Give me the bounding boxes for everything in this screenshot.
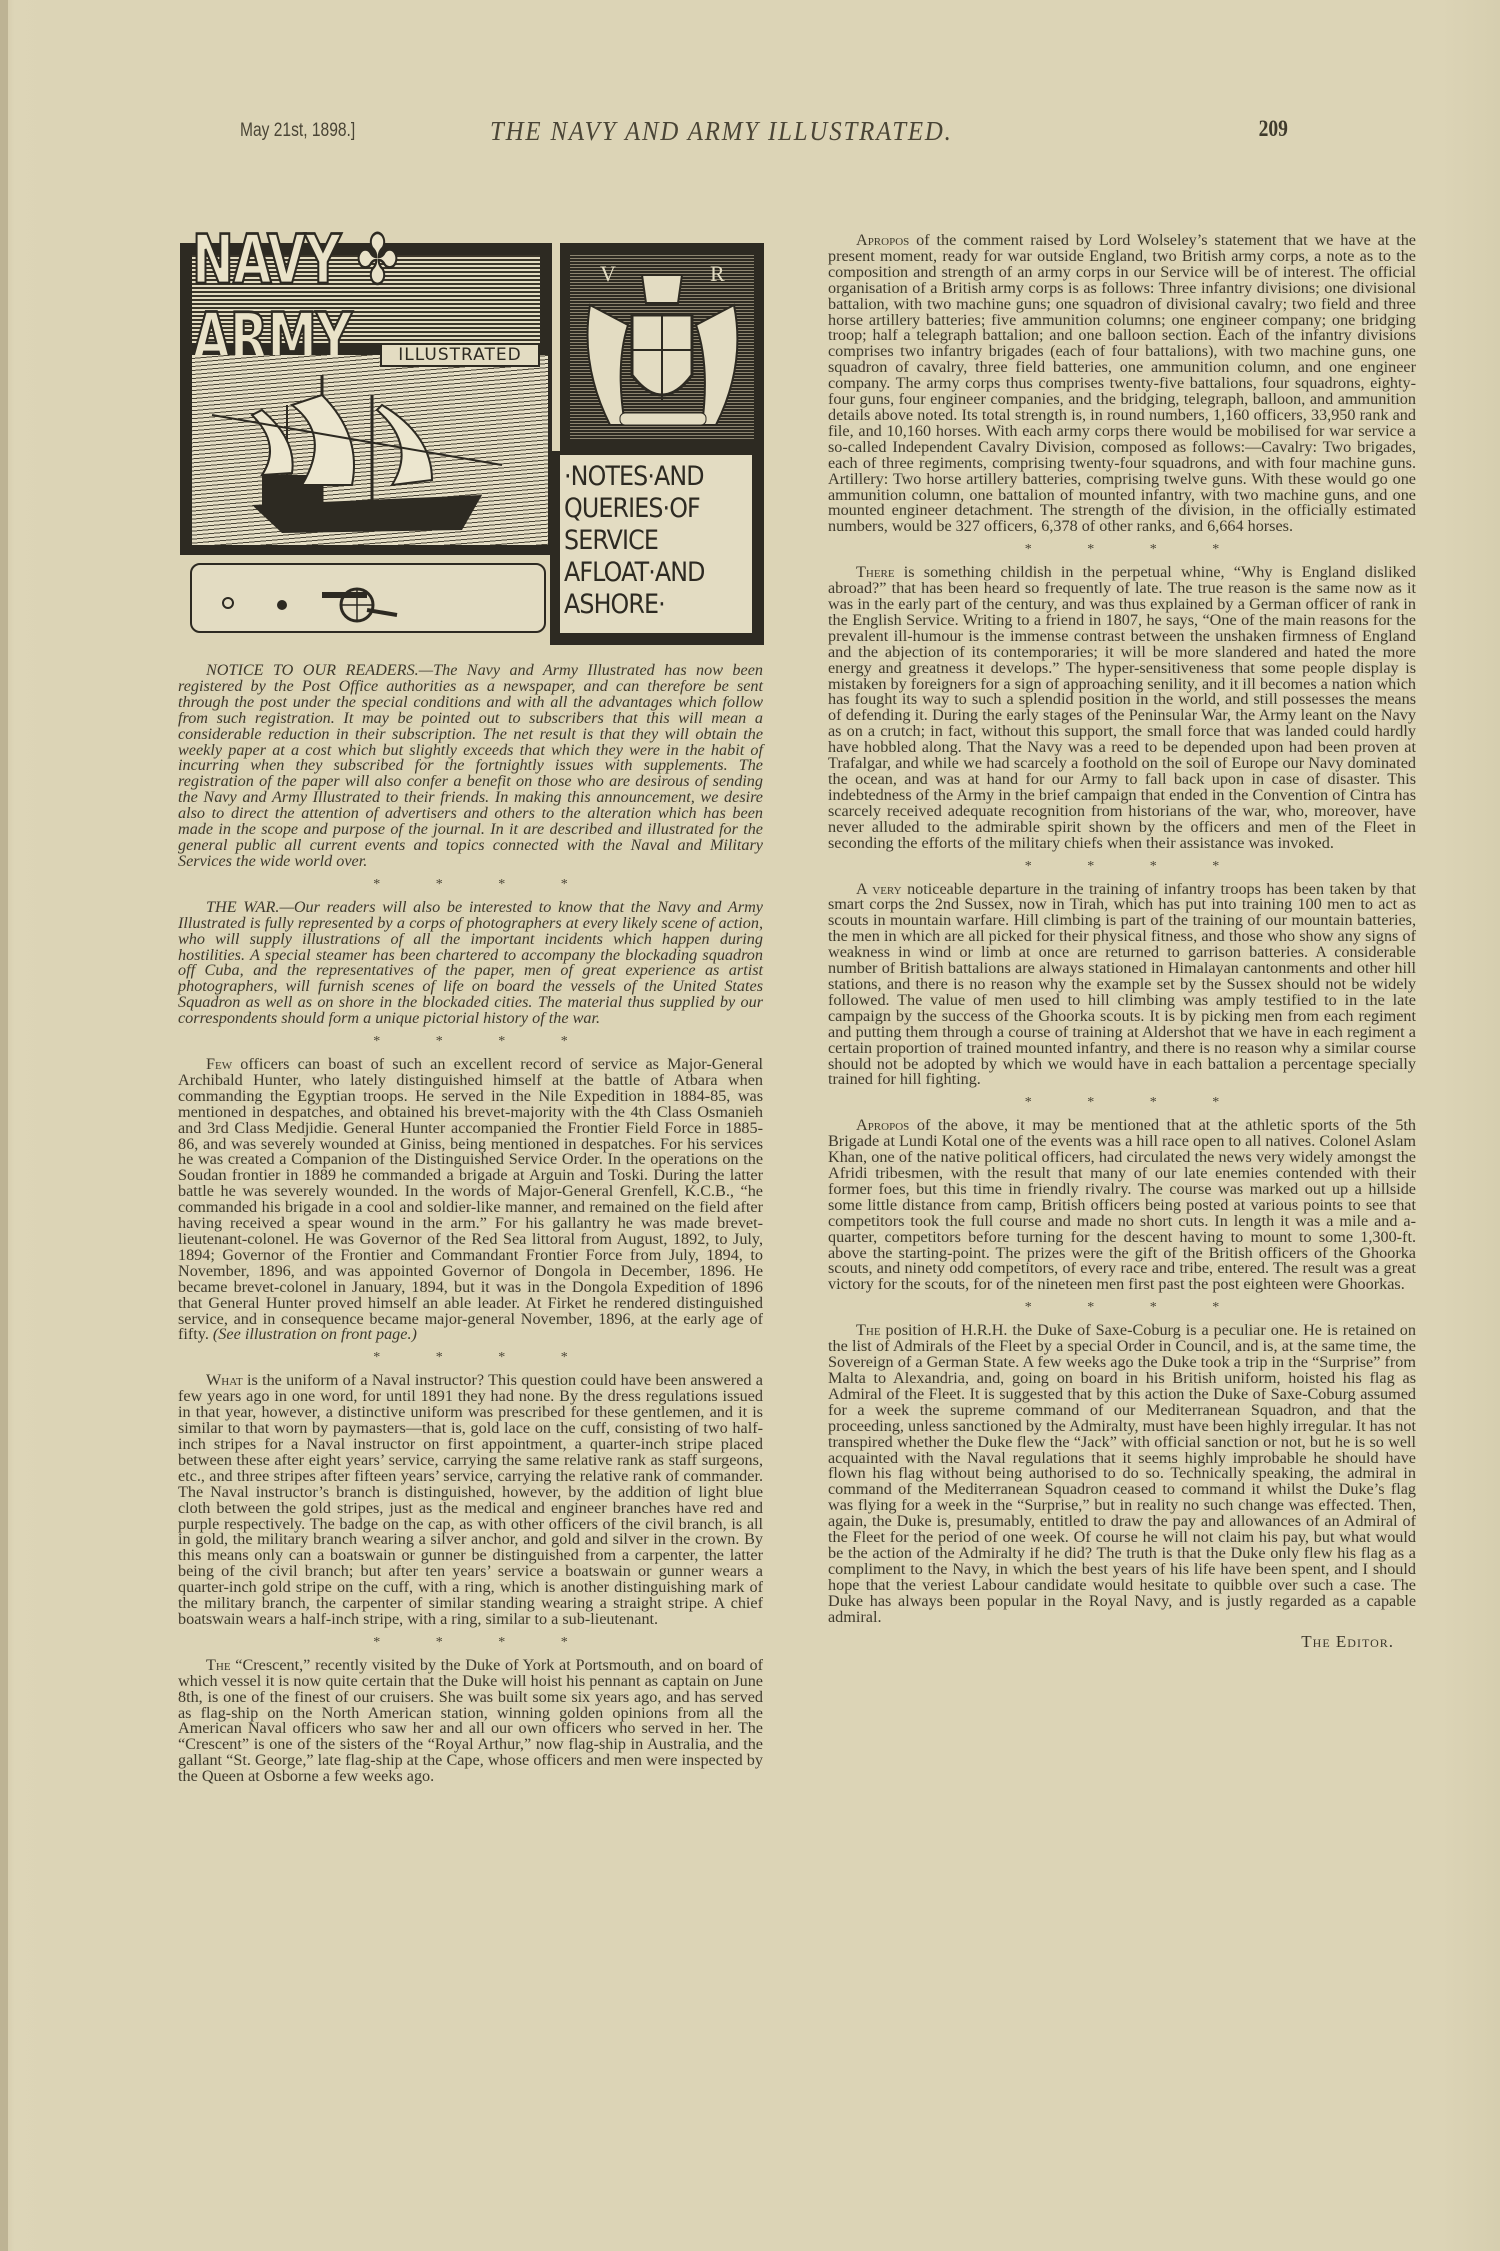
article-saxe-coburg: The position of H.R.H. the Duke of Saxe-… [828,1323,1416,1625]
article-body: is something childish in the perpetual w… [828,563,1416,851]
illustration-reference: (See illustration on front page.) [209,1325,417,1343]
article-notice-to-readers: NOTICE TO OUR READERS.—The Navy and Army… [178,663,763,870]
notes-line: QUERIES·OF [564,493,726,525]
masthead-subtitle-box: ILLUSTRATED [380,343,540,367]
masthead-illustration: NAVY ✤ ARMY ILLUSTRATED V R [180,243,764,645]
article-body: —Our readers will also be interested to … [178,898,763,1027]
masthead-main-panel: NAVY ✤ ARMY ILLUSTRATED [180,243,552,555]
scroll-banner-with-cannon [190,563,546,633]
masthead-title-band: NAVY ✤ ARMY [192,255,540,343]
article-army-corps: Apropos of the comment raised by Lord Wo… [828,233,1416,535]
sailing-ship-icon [192,355,548,545]
section-separator: * * * * [178,1343,763,1373]
notes-line: SERVICE [564,525,726,557]
article-body: of the comment raised by Lord Wolseley’s… [828,231,1416,535]
article-body: “Crescent,” recently visited by the Duke… [178,1656,763,1785]
left-column: NOTICE TO OUR READERS.—The Navy and Army… [178,663,763,1785]
running-header: May 21st, 1898.] THE NAVY AND ARMY ILLUS… [240,112,1310,152]
article-body: of the above, it may be mentioned that a… [828,1116,1416,1293]
article-hill-race: Apropos of the above, it may be mentione… [828,1118,1416,1293]
article-the-war: THE WAR.—Our readers will also be intere… [178,900,763,1027]
page-number: 209 [1258,116,1287,142]
article-body: is the uniform of a Naval instructor? Th… [178,1371,763,1628]
page-binding-edge [0,0,8,2251]
issue-date: May 21st, 1898.] [240,120,355,142]
coat-of-arms-icon: V R [570,255,754,441]
royal-coat-of-arms: V R [560,243,764,451]
article-body: position of H.R.H. the Duke of Saxe-Cobu… [828,1321,1416,1625]
article-body: officers can boast of such an excellent … [178,1055,763,1343]
masthead-subtitle: ILLUSTRATED [398,345,521,365]
section-separator: * * * * [178,1628,763,1658]
article-sussex-scouts: A very noticeable departure in the train… [828,882,1416,1089]
section-separator: * * * * [178,1027,763,1057]
article-body: —The Navy and Army Illustrated has now b… [178,661,763,870]
section-separator: * * * * [828,1293,1416,1323]
section-separator: * * * * [828,1088,1416,1118]
article-naval-instructor: What is the uniform of a Naval instructo… [178,1373,763,1628]
svg-text:V: V [600,261,616,286]
article-england-disliked: There is something childish in the perpe… [828,565,1416,851]
editor-signoff: The Editor. [828,1632,1416,1652]
publication-title: THE NAVY AND ARMY ILLUSTRATED. [490,116,953,147]
notes-line: AFLOAT·AND [564,557,726,589]
section-separator: * * * * [828,535,1416,565]
field-gun-icon [192,565,544,631]
section-separator: * * * * [178,870,763,900]
article-body: noticeable departure in the training of … [828,880,1416,1089]
article-crescent: The “Crescent,” recently visited by the … [178,1658,763,1785]
notes-and-queries-panel: ·NOTES·AND QUERIES·OF SERVICE AFLOAT·AND… [550,451,764,645]
svg-text:R: R [710,261,725,286]
notes-line: ASHORE· [564,589,726,621]
section-separator: * * * * [828,852,1416,882]
notes-line: ·NOTES·AND [564,461,726,493]
article-general-hunter: Few officers can boast of such an excell… [178,1057,763,1343]
right-column: Apropos of the comment raised by Lord Wo… [828,233,1416,1652]
ship-illustration [192,355,548,545]
